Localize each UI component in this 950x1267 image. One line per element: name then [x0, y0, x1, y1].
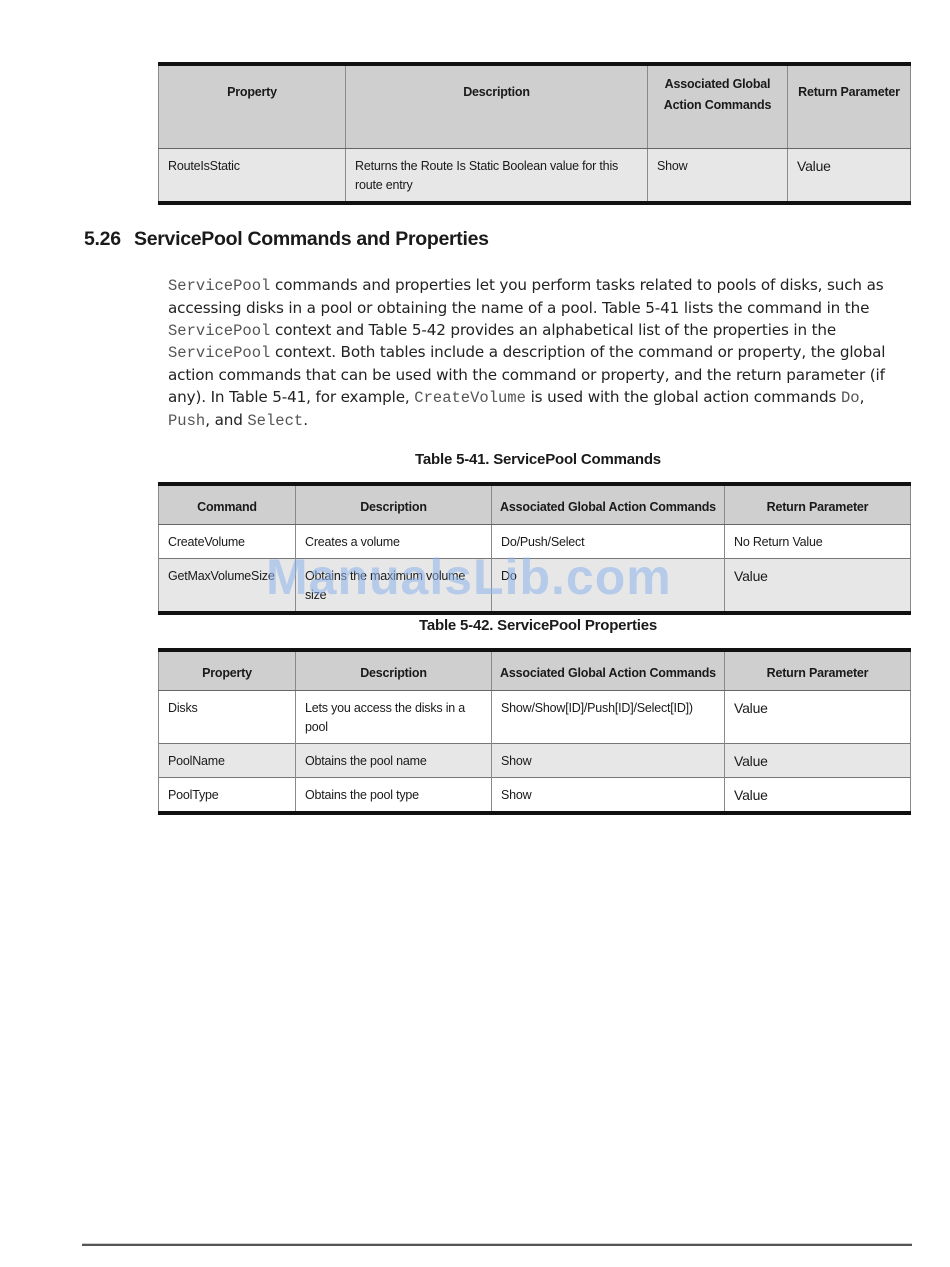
table-caption-properties: Table 5-42. ServicePool Properties [158, 617, 918, 634]
inline-code: CreateVolume [414, 389, 526, 407]
cell-property: RouteIsStatic [159, 149, 346, 204]
cell-property: PoolName [159, 744, 296, 778]
cell-property: Disks [159, 691, 296, 744]
cell-description: Creates a volume [296, 525, 492, 559]
inline-code: ServicePool [168, 277, 270, 295]
header-description: Description [296, 650, 492, 691]
header-property: Property [159, 64, 346, 149]
cell-description: Lets you access the disks in a pool [296, 691, 492, 744]
header-return-parameter: Return Parameter [788, 64, 911, 149]
cell-command: CreateVolume [159, 525, 296, 559]
cell-return: Value [725, 559, 911, 614]
table-row: PoolType Obtains the pool type Show Valu… [159, 778, 911, 814]
header-associated-commands: Associated Global Action Commands [648, 64, 788, 149]
header-command: Command [159, 484, 296, 525]
cell-commands: Do [492, 559, 725, 614]
cell-return: Value [725, 744, 911, 778]
table-row: Disks Lets you access the disks in a poo… [159, 691, 911, 744]
cell-return: Value [788, 149, 911, 204]
header-return-parameter: Return Parameter [725, 650, 911, 691]
header-description: Description [346, 64, 648, 149]
cell-command: GetMaxVolumeSize [159, 559, 296, 614]
header-description: Description [296, 484, 492, 525]
table-row: RouteIsStatic Returns the Route Is Stati… [159, 149, 911, 204]
table-header-row: Property Description Associated Global A… [159, 64, 911, 149]
route-properties-table: Property Description Associated Global A… [158, 62, 911, 205]
inline-code: ServicePool [168, 322, 270, 340]
cell-description: Obtains the pool name [296, 744, 492, 778]
section-title: ServicePool Commands and Properties [134, 228, 489, 250]
footer-divider [82, 1243, 912, 1246]
table-row: PoolName Obtains the pool name Show Valu… [159, 744, 911, 778]
cell-commands: Do/Push/Select [492, 525, 725, 559]
cell-commands: Show [492, 744, 725, 778]
cell-commands: Show/Show[ID]/Push[ID]/Select[ID]) [492, 691, 725, 744]
inline-code: Push [168, 412, 205, 430]
cell-commands: Show [492, 778, 725, 814]
section-number: 5.26 [84, 228, 134, 251]
inline-code: ServicePool [168, 344, 270, 362]
section-heading: 5.26ServicePool Commands and Properties [84, 228, 489, 251]
table-header-row: Command Description Associated Global Ac… [159, 484, 911, 525]
header-return-parameter: Return Parameter [725, 484, 911, 525]
header-property: Property [159, 650, 296, 691]
header-associated-commands: Associated Global Action Commands [492, 484, 725, 525]
intro-paragraph: ServicePool commands and properties let … [168, 275, 908, 433]
cell-return: Value [725, 778, 911, 814]
inline-code: Select [247, 412, 303, 430]
table-row: GetMaxVolumeSize Obtains the maximum vol… [159, 559, 911, 614]
table-row: CreateVolume Creates a volume Do/Push/Se… [159, 525, 911, 559]
table-caption-commands: Table 5-41. ServicePool Commands [158, 451, 918, 468]
servicepool-commands-table: Command Description Associated Global Ac… [158, 482, 911, 615]
servicepool-properties-table: Property Description Associated Global A… [158, 648, 911, 815]
header-associated-commands: Associated Global Action Commands [492, 650, 725, 691]
cell-commands: Show [648, 149, 788, 204]
cell-description: Obtains the pool type [296, 778, 492, 814]
cell-return: No Return Value [725, 525, 911, 559]
inline-code: Do [841, 389, 860, 407]
cell-description: Obtains the maximum volume size [296, 559, 492, 614]
cell-property: PoolType [159, 778, 296, 814]
cell-description: Returns the Route Is Static Boolean valu… [346, 149, 648, 204]
cell-return: Value [725, 691, 911, 744]
table-header-row: Property Description Associated Global A… [159, 650, 911, 691]
